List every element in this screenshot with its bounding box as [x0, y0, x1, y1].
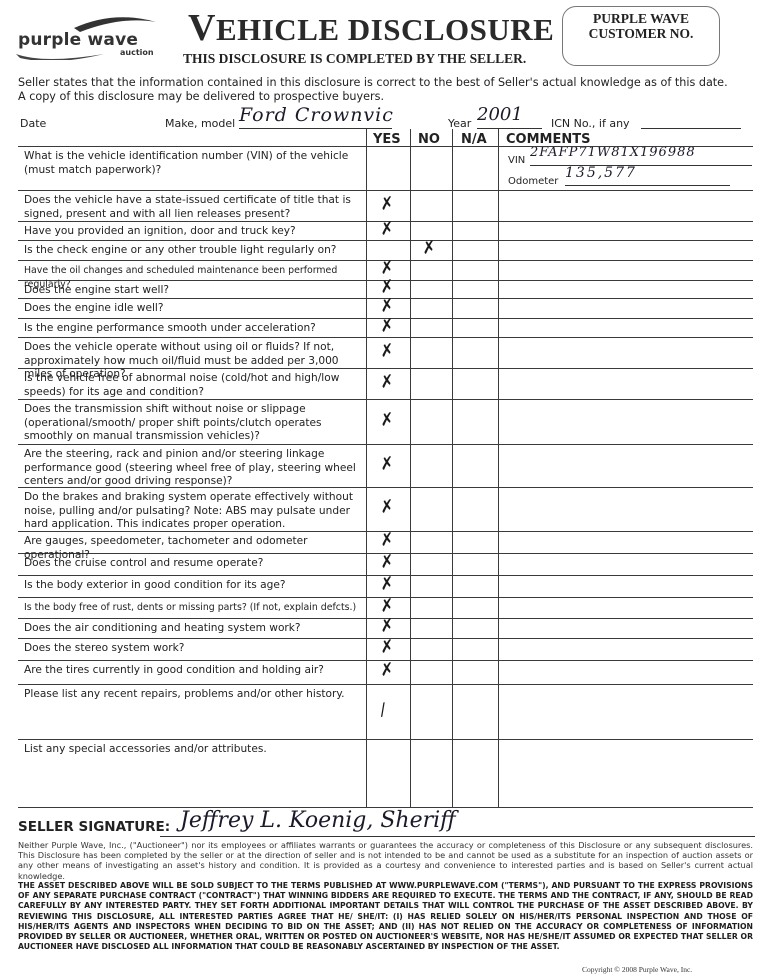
check-mark-icon: ✗ [379, 340, 396, 362]
check-mark-icon: ✗ [379, 276, 396, 298]
check-mark-icon: ✗ [379, 218, 396, 240]
check-mark-icon: ✗ [379, 257, 396, 279]
logo-text: purple wave [18, 30, 138, 50]
icn-label: ICN No., if any [551, 117, 630, 130]
answer-cell-na[interactable] [454, 531, 498, 553]
check-mark-icon: ✗ [379, 496, 396, 518]
answer-cell-no[interactable] [412, 575, 452, 597]
answer-cell-na[interactable] [454, 190, 498, 221]
comment-cell[interactable] [500, 553, 753, 575]
question-text: Does the air conditioning and heating sy… [24, 622, 364, 636]
check-mark-icon: ✗ [379, 615, 396, 637]
answer-cell-na[interactable] [454, 684, 498, 739]
comment-cell[interactable] [500, 660, 753, 684]
column-header-na: N/A [461, 132, 487, 147]
question-text: Is the body free of rust, dents or missi… [24, 601, 364, 615]
answer-cell-no[interactable] [412, 298, 452, 318]
check-mark-icon: ✗ [379, 295, 396, 317]
comment-cell[interactable] [500, 318, 753, 337]
answer-cell-yes[interactable] [368, 684, 410, 739]
comment-cell[interactable] [500, 399, 753, 444]
answer-cell-no[interactable] [412, 368, 452, 399]
comment-cell[interactable] [500, 739, 753, 807]
answer-cell-na[interactable] [454, 660, 498, 684]
answer-cell-na[interactable] [454, 221, 498, 240]
comment-cell[interactable] [500, 337, 753, 368]
answer-cell-na[interactable] [454, 597, 498, 618]
answer-cell-no[interactable] [412, 318, 452, 337]
answer-cell-na[interactable] [454, 553, 498, 575]
check-mark-icon: ✗ [379, 529, 396, 551]
purple-wave-logo: purple wave auction [14, 14, 164, 60]
comment-cell[interactable] [500, 280, 753, 298]
answer-cell-no[interactable] [412, 487, 452, 531]
answer-cell-na[interactable] [454, 240, 498, 260]
answer-cell-no[interactable] [412, 684, 452, 739]
comment-cell[interactable] [500, 221, 753, 240]
comment-cell[interactable] [500, 487, 753, 531]
question-text: Does the stereo system work? [24, 642, 364, 656]
question-text: Does the engine idle well? [24, 302, 364, 316]
answer-cell-no[interactable] [412, 337, 452, 368]
question-text: Does the transmission shift without nois… [24, 403, 364, 444]
disclaimer-text: Neither Purple Wave, Inc., ("Auctioneer"… [18, 840, 753, 881]
question-text: Does the vehicle have a state-issued cer… [24, 194, 364, 221]
answer-cell-no[interactable] [412, 618, 452, 638]
check-mark-icon: ✗ [379, 193, 396, 215]
answer-cell-na[interactable] [454, 487, 498, 531]
answer-cell-na[interactable] [454, 318, 498, 337]
date-field[interactable] [52, 129, 152, 130]
answer-cell-no[interactable] [412, 660, 452, 684]
comment-cell[interactable] [500, 260, 753, 280]
check-mark-icon: ✗ [379, 371, 396, 393]
answer-cell-no[interactable] [412, 553, 452, 575]
comment-cell[interactable] [500, 298, 753, 318]
column-header-no: NO [418, 132, 440, 147]
comment-cell[interactable] [500, 575, 753, 597]
check-mark-icon: ✗ [379, 409, 396, 431]
check-mark-icon: ✗ [379, 659, 396, 681]
customer-number-box[interactable]: PURPLE WAVE CUSTOMER NO. [562, 6, 720, 66]
make-model-field[interactable]: Ford Crownvic [239, 104, 392, 129]
question-text: Does the cruise control and resume opera… [24, 557, 364, 571]
check-mark-icon: ✗ [379, 453, 396, 475]
answer-cell-no[interactable] [412, 444, 452, 487]
question-text: Are the steering, rack and pinion and/or… [24, 448, 364, 489]
page-title: VEHICLE DISCLOSURE [188, 6, 554, 50]
answer-cell-na[interactable] [454, 337, 498, 368]
check-mark-icon: ✗ [379, 551, 396, 573]
comment-cell[interactable] [500, 444, 753, 487]
question-text: Please list any recent repairs, problems… [24, 688, 364, 702]
year-field[interactable]: 2001 [477, 104, 542, 129]
question-text: Are the tires currently in good conditio… [24, 664, 364, 678]
answer-cell-no[interactable] [412, 280, 452, 298]
comment-cell[interactable] [500, 190, 753, 221]
comment-cell[interactable] [500, 368, 753, 399]
comment-cell[interactable] [500, 684, 753, 739]
customer-number-label: PURPLE WAVE CUSTOMER NO. [563, 11, 719, 41]
date-label: Date [20, 117, 46, 130]
page-subtitle: THIS DISCLOSURE IS COMPLETED BY THE SELL… [183, 51, 526, 67]
answer-cell-na[interactable] [454, 368, 498, 399]
answer-cell-na[interactable] [454, 280, 498, 298]
seller-signature-label: SELLER SIGNATURE: [18, 819, 170, 835]
question-text: Is the vehicle free of abnormal noise (c… [24, 372, 364, 399]
question-text: Is the body exterior in good condition f… [24, 579, 364, 593]
answer-cell-na[interactable] [454, 260, 498, 280]
logo-subtext: auction [120, 48, 154, 57]
intro-statement: Seller states that the information conta… [18, 76, 728, 104]
comment-cell[interactable] [500, 597, 753, 618]
answer-cell-na[interactable] [454, 298, 498, 318]
icn-field[interactable] [641, 116, 741, 129]
answer-cell-na[interactable] [454, 575, 498, 597]
signature-line [160, 836, 755, 837]
question-text: Does the engine start well? [24, 284, 364, 298]
answer-cell-no[interactable] [412, 190, 452, 221]
comment-cell[interactable] [500, 638, 753, 660]
answer-cell-no[interactable] [412, 739, 452, 807]
seller-signature-field[interactable]: Jeffrey L. Koenig, Sheriff [180, 808, 456, 833]
answer-cell-no[interactable] [412, 531, 452, 553]
comment-cell[interactable] [500, 531, 753, 553]
comment-cell[interactable] [500, 240, 753, 260]
question-text: Is the engine performance smooth under a… [24, 322, 364, 336]
answer-cell-na[interactable] [454, 739, 498, 807]
answer-cell-na[interactable] [454, 444, 498, 487]
terms-text: THE ASSET DESCRIBED ABOVE WILL BE SOLD S… [18, 881, 753, 952]
check-mark-icon: ✗ [379, 573, 396, 595]
answer-cell-no[interactable] [412, 399, 452, 444]
copyright-text: Copyright © 2008 Purple Wave, Inc. [582, 965, 692, 974]
check-mark-icon: ✗ [379, 595, 396, 617]
question-text: Do the brakes and braking system operate… [24, 491, 364, 532]
question-text: What is the vehicle identification numbe… [24, 150, 364, 177]
answer-cell-na[interactable] [454, 638, 498, 660]
answer-cell-no[interactable] [412, 638, 452, 660]
question-text: Have you provided an ignition, door and … [24, 225, 364, 239]
comment-cell[interactable] [500, 618, 753, 638]
check-mark-icon: ✗ [379, 636, 396, 658]
question-text: Is the check engine or any other trouble… [24, 244, 364, 258]
answer-cell-yes[interactable] [368, 739, 410, 807]
column-header-yes: YES [373, 132, 401, 147]
answer-cell-na[interactable] [454, 618, 498, 638]
answer-cell-no[interactable] [412, 260, 452, 280]
check-mark-icon: ✗ [421, 237, 438, 259]
check-mark-icon: ✗ [379, 315, 396, 337]
question-text: List any special accessories and/or attr… [24, 743, 364, 757]
answer-cell-na[interactable] [454, 399, 498, 444]
answer-cell-no[interactable] [412, 597, 452, 618]
make-model-label: Make, model [165, 117, 235, 130]
